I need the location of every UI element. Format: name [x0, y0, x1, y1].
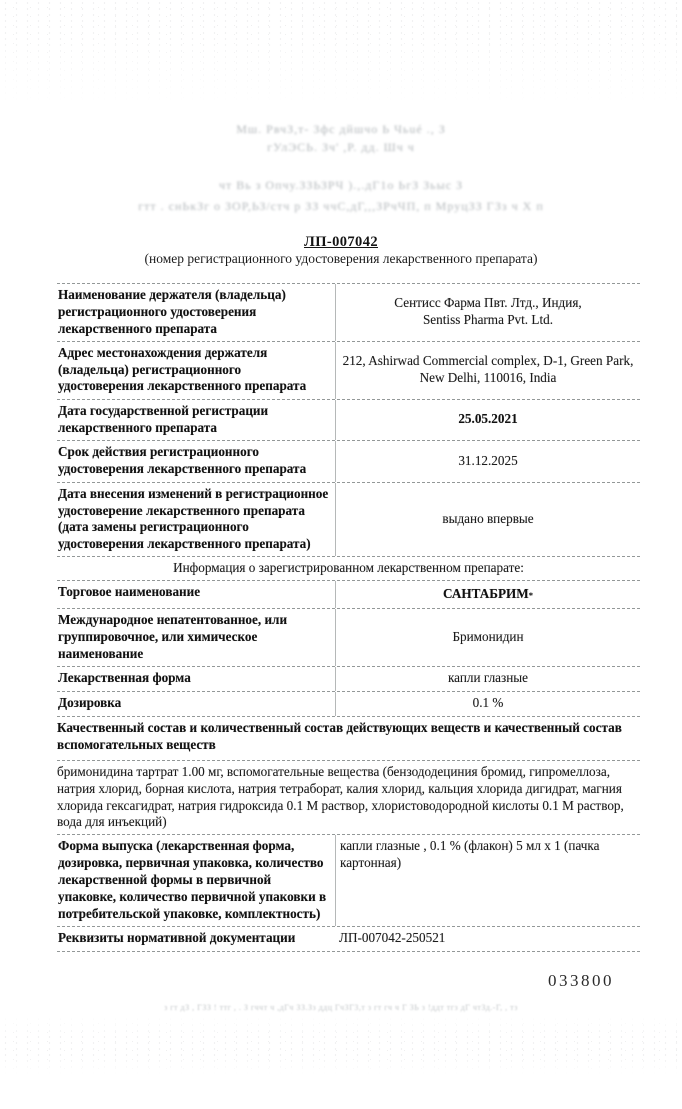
holder-value: Сентисс Фарма Пвт. Лтд., Индия, Sentiss … — [335, 284, 640, 341]
table-row-dosage-form: Лекарственная форма капли глазные — [57, 667, 640, 692]
trade-name-label: Торговое наименование — [57, 581, 335, 608]
faint-stamp-line-3: чт Вь з Опчу.ЗЗЬЗРЧ ).,.дГ1о ЬгЗ Зьыс З — [0, 178, 682, 193]
reg-date-label: Дата государственной регистрации лекарст… — [57, 400, 335, 440]
table-row-dosage: Дозировка 0.1 % — [57, 692, 640, 717]
faint-stamp-line-1: Мш. РвчЗ,т- Зфс дйшчо Ь Чьué ., З — [0, 122, 682, 137]
table-row-release-form: Форма выпуска (лекарственная форма, дози… — [57, 835, 640, 926]
info-section-header: Информация о зарегистрированном лекарств… — [57, 557, 640, 581]
scan-noise-top — [0, 0, 682, 105]
normative-docs-value: ЛП-007042-250521 — [335, 927, 640, 951]
faint-stamp-line-2: гУлЭСЬ. Зч' ,Р. дд. Шч ч — [0, 140, 682, 155]
table-row-amendments: Дата внесения изменений в регистрационно… — [57, 483, 640, 558]
table-row-holder: Наименование держателя (владельца) регис… — [57, 283, 640, 342]
table-row-inn: Международное непатентованное, или групп… — [57, 609, 640, 667]
amendments-value: выдано впервые — [335, 483, 640, 557]
dosage-form-value: капли глазные — [335, 667, 640, 691]
serial-number: 033800 — [548, 971, 614, 991]
table-row-normative-docs: Реквизиты нормативной документации ЛП-00… — [57, 927, 640, 952]
address-label: Адрес местонахождения держателя (владель… — [57, 342, 335, 399]
table-row-reg-date: Дата государственной регистрации лекарст… — [57, 400, 640, 441]
registration-number-caption: (номер регистрационного удостоверения ле… — [0, 251, 682, 267]
composition-body: бримонидина тартрат 1.00 мг, вспомогател… — [57, 761, 640, 836]
table-row-address: Адрес местонахождения держателя (владель… — [57, 342, 640, 400]
scanned-document-page: { "doc": { "reg_number": "ЛП-007042", "r… — [0, 0, 682, 1109]
expiry-value: 31.12.2025 — [335, 441, 640, 482]
composition-section-header: Качественный состав и количественный сос… — [57, 717, 640, 761]
dosage-form-label: Лекарственная форма — [57, 667, 335, 691]
faint-stamp-line-4: гтт . снЬкЗг о ЗОР,ЬЗ/стч р ЗЗ ччС,дГ,,,… — [0, 199, 682, 214]
release-form-value: капли глазные , 0.1 % (флакон) 5 мл х 1 … — [335, 835, 640, 925]
trade-name-text: САНТАБРИМ — [443, 586, 529, 603]
registration-info-table: Наименование держателя (владельца) регис… — [57, 283, 640, 952]
dosage-value: 0.1 % — [335, 692, 640, 716]
normative-docs-label: Реквизиты нормативной документации — [57, 927, 335, 951]
address-value: 212, Ashirwad Commercial complex, D-1, G… — [335, 342, 640, 399]
inn-value: Бримонидин — [335, 609, 640, 666]
scan-noise-bottom — [0, 1016, 682, 1074]
table-row-expiry: Срок действия регистрационного удостовер… — [57, 441, 640, 483]
inn-label: Международное непатентованное, или групп… — [57, 609, 335, 666]
faint-footer-line: з гт дЗ , ГЗЗ ! ттг , . З гччт ч ,дГч ЗЗ… — [0, 1003, 682, 1012]
release-form-label: Форма выпуска (лекарственная форма, дози… — [57, 835, 335, 925]
expiry-label: Срок действия регистрационного удостовер… — [57, 441, 335, 482]
table-row-trade-name: Торговое наименование САНТАБРИМ* — [57, 581, 640, 609]
amendments-label: Дата внесения изменений в регистрационно… — [57, 483, 335, 557]
trade-name-value: САНТАБРИМ* — [335, 581, 640, 608]
registration-number: ЛП-007042 — [0, 234, 682, 251]
holder-label: Наименование держателя (владельца) регис… — [57, 284, 335, 341]
reg-date-value: 25.05.2021 — [335, 400, 640, 440]
dosage-label: Дозировка — [57, 692, 335, 716]
